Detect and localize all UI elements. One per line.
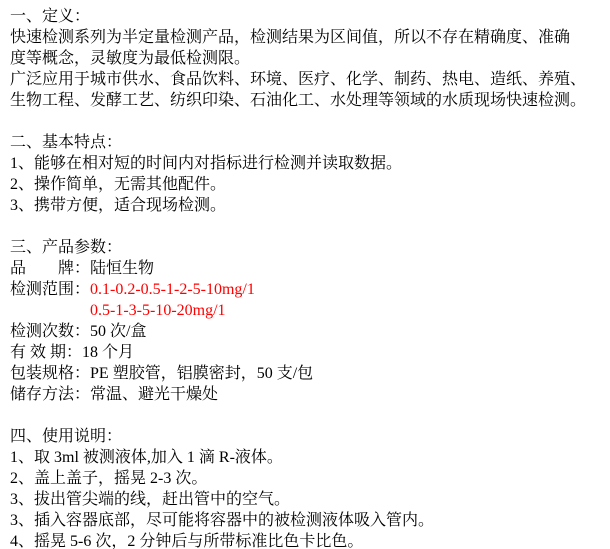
brand-value: 陆恒生物 [90,260,154,277]
section3-heading: 三、产品参数： [10,237,606,258]
test-count-label: 检测次数： [10,323,90,340]
usage-step-2: 2、盖上盖子，摇晃 2-3 次。 [10,468,606,489]
application-paragraph-line-2: 生物工程、发酵工艺、纺织印染、石油化工、水处理等领域的水质现场快速检测。 [10,90,606,111]
blank-line [10,216,606,237]
usage-step-5: 4、摇晃 5-6 次，2 分钟后与所带标准比色卡比色。 [10,531,606,549]
validity-value: 18 个月 [82,344,134,361]
test-count-value: 50 次/盒 [90,323,146,340]
validity-label: 有 效 期： [10,344,82,361]
brand-label: 品 牌： [10,260,90,277]
feature-item-2: 2、操作简单，无需其他配件。 [10,174,606,195]
packing-row: 包装规格：PE 塑胶管，铝膜密封，50 支/包 [10,363,606,384]
blank-line [10,405,606,426]
detection-range-row-1: 检测范围：0.1-0.2-0.5-1-2-5-10mg/1 [10,279,606,300]
test-count-row: 检测次数：50 次/盒 [10,321,606,342]
definition-paragraph-line-2: 度等概念，灵敏度为最低检测限。 [10,48,606,69]
product-description-document: 一、定义： 快速检测系列为半定量检测产品，检测结果为区间值，所以不存在精确度、准… [0,0,610,549]
validity-row: 有 效 期：18 个月 [10,342,606,363]
storage-value: 常温、避光干燥处 [90,386,218,403]
feature-item-3: 3、携带方便，适合现场检测。 [10,195,606,216]
detection-range-row-2: 检测范围：0.5-1-3-5-10-20mg/1 [10,300,606,321]
section2-heading: 二、基本特点： [10,132,606,153]
packing-value: PE 塑胶管，铝膜密封，50 支/包 [90,365,313,382]
usage-step-1: 1、取 3ml 被测液体,加入 1 滴 R-液体。 [10,447,606,468]
usage-step-3: 3、拔出管尖端的线，赶出管中的空气。 [10,489,606,510]
storage-label: 储存方法： [10,386,90,403]
application-paragraph-line-1: 广泛应用于城市供水、食品饮料、环境、医疗、化学、制药、热电、造纸、养殖、 [10,69,606,90]
blank-line [10,111,606,132]
section1-heading: 一、定义： [10,6,606,27]
section4-heading: 四、使用说明： [10,426,606,447]
feature-item-1: 1、能够在相对短的时间内对指标进行检测并读取数据。 [10,153,606,174]
detection-range-value-2: 0.5-1-3-5-10-20mg/1 [90,302,226,319]
detection-range-value-1: 0.1-0.2-0.5-1-2-5-10mg/1 [90,281,255,298]
definition-paragraph-line-1: 快速检测系列为半定量检测产品，检测结果为区间值，所以不存在精确度、准确 [10,27,606,48]
brand-row: 品 牌：陆恒生物 [10,258,606,279]
packing-label: 包装规格： [10,365,90,382]
usage-step-4: 3、插入容器底部，尽可能将容器中的被检测液体吸入管内。 [10,510,606,531]
detection-range-label: 检测范围： [10,281,90,298]
storage-row: 储存方法：常温、避光干燥处 [10,384,606,405]
